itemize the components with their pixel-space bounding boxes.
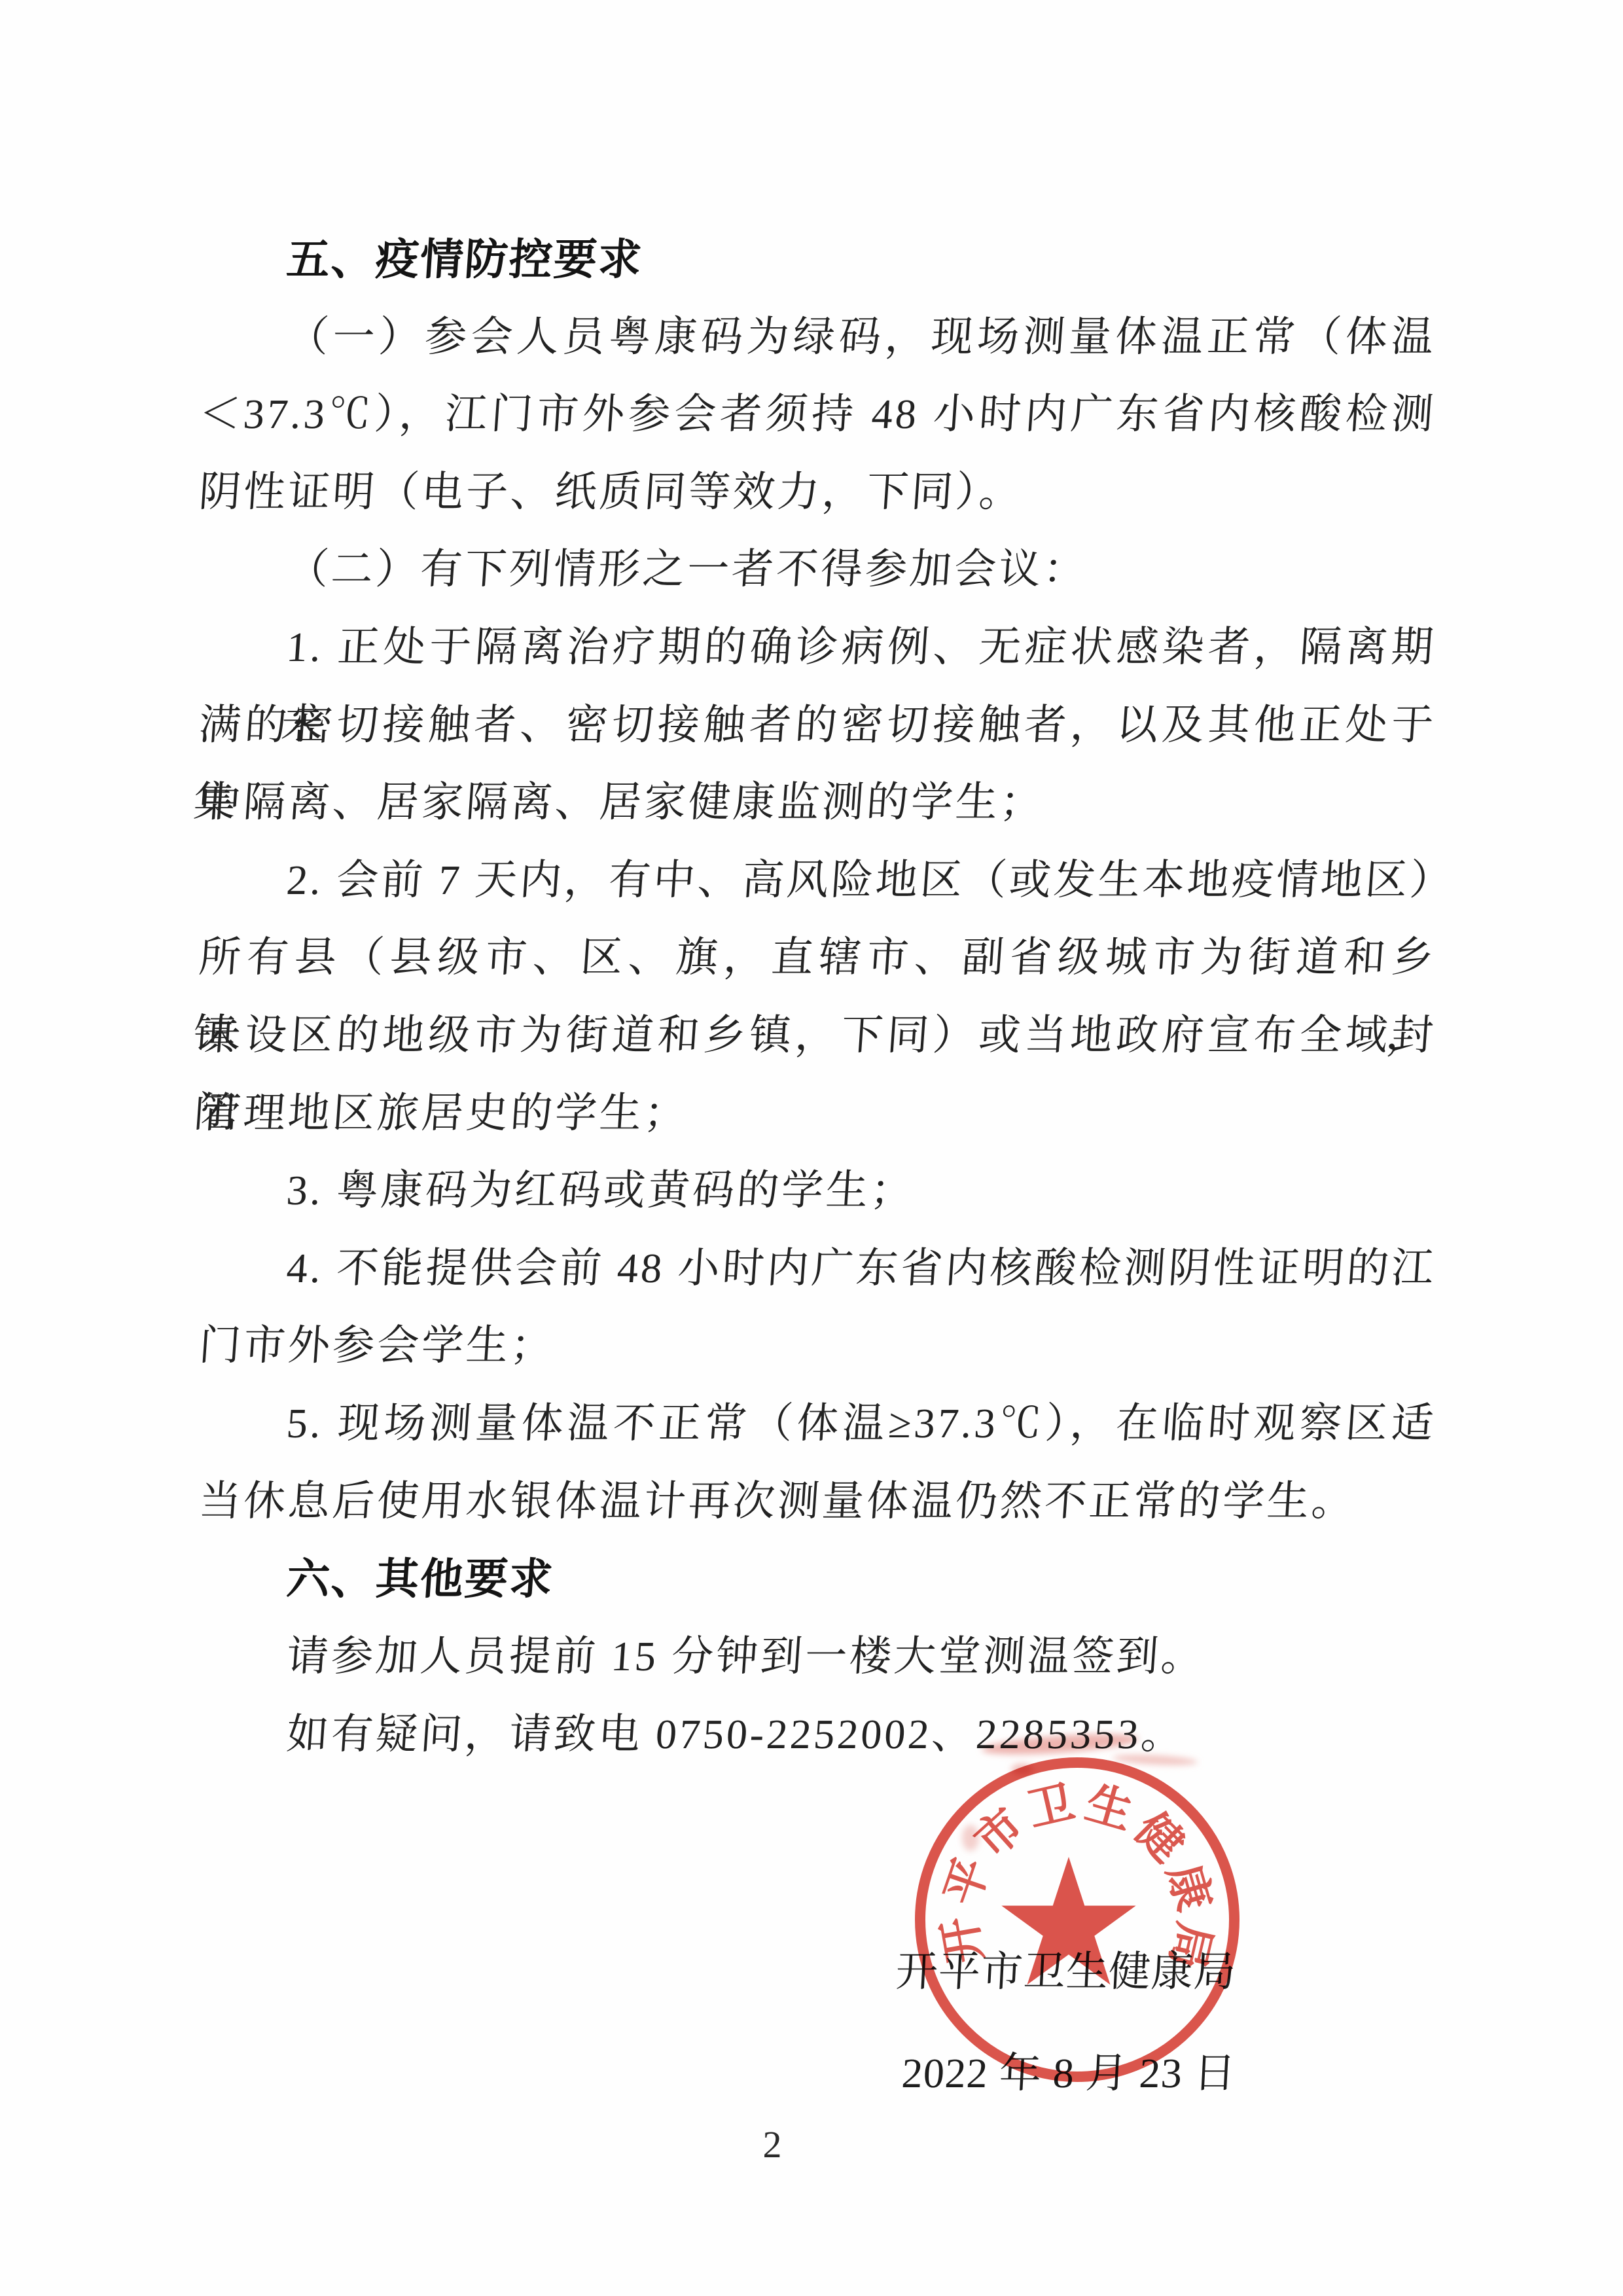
seal-char: 市 — [965, 1799, 1033, 1867]
text-line: 门市外参会学生； — [196, 1307, 558, 1384]
text-line: 中隔离、居家隔离、居家健康监测的学生； — [196, 764, 1047, 841]
page-number: 2 — [746, 2122, 798, 2168]
seal-char: 局 — [1161, 1918, 1221, 1974]
text-line: 2. 会前 7 天内，有中、高风险地区（或发生本地疫情地区） — [284, 842, 1438, 919]
text-line: 满的密切接触者、密切接触者的密切接触者，以及其他正处于集 — [196, 687, 1438, 764]
text-line: 5. 现场测量体温不正常（体温≥37.3℃），在临时观察区适 — [284, 1385, 1438, 1462]
scanned-document-page: { "doc": { "lines": [ {"text": "五、疫情防控要求… — [0, 0, 1623, 2296]
text-line: 请参加人员提前 15 分钟到一楼大堂测温签到。 — [284, 1618, 1208, 1695]
text-line: 4. 不能提供会前 48 小时内广东省内核酸检测阴性证明的江 — [284, 1230, 1438, 1307]
text-line: （二）有下列情形之一者不得参加会议： — [284, 531, 1090, 608]
text-line: 阴性证明（电子、纸质同等效力，下同）。 — [196, 454, 1026, 531]
seal-char: 健 — [1126, 1803, 1194, 1872]
seal-char: 平 — [935, 1852, 999, 1912]
seal-char: 生 — [1080, 1777, 1139, 1839]
seal-char: 康 — [1158, 1859, 1220, 1917]
text-line: 1. 正处于隔离治疗期的确诊病例、无症状感染者，隔离期未 — [284, 609, 1438, 686]
text-line: 3. 粤康码为红码或黄码的学生； — [284, 1152, 918, 1229]
text-line: 当休息后使用水银体温计再次测量体温仍然不正常的学生。 — [196, 1463, 1359, 1540]
text-line: ＜37.3℃），江门市外参会者须持 48 小时内广东省内核酸检测 — [196, 376, 1438, 453]
text-line: 未设区的地级市为街道和乡镇，下同）或当地政府宣布全域封闭 — [196, 997, 1438, 1074]
seal-star-icon — [1001, 1857, 1135, 1984]
section-heading-6: 六、其他要求 — [284, 1540, 556, 1617]
text-line: （一）参会人员粤康码为绿码，现场测量体温正常（体温 — [284, 298, 1438, 376]
text-line: 所有县（县级市、区、旗，直辖市、副省级城市为街道和乡镇， — [196, 919, 1438, 996]
paper-background: 五、疫情防控要求 （一）参会人员粤康码为绿码，现场测量体温正常（体温 ＜37.3… — [0, 0, 1623, 2296]
official-seal: 开 平 市 卫 生 健 康 局 — [907, 1749, 1247, 2090]
section-heading-5: 五、疫情防控要求 — [284, 221, 645, 298]
seal-char: 卫 — [1023, 1776, 1079, 1837]
seal-char: 开 — [933, 1913, 991, 1967]
text-line: 管理地区旅居史的学生； — [196, 1075, 691, 1152]
